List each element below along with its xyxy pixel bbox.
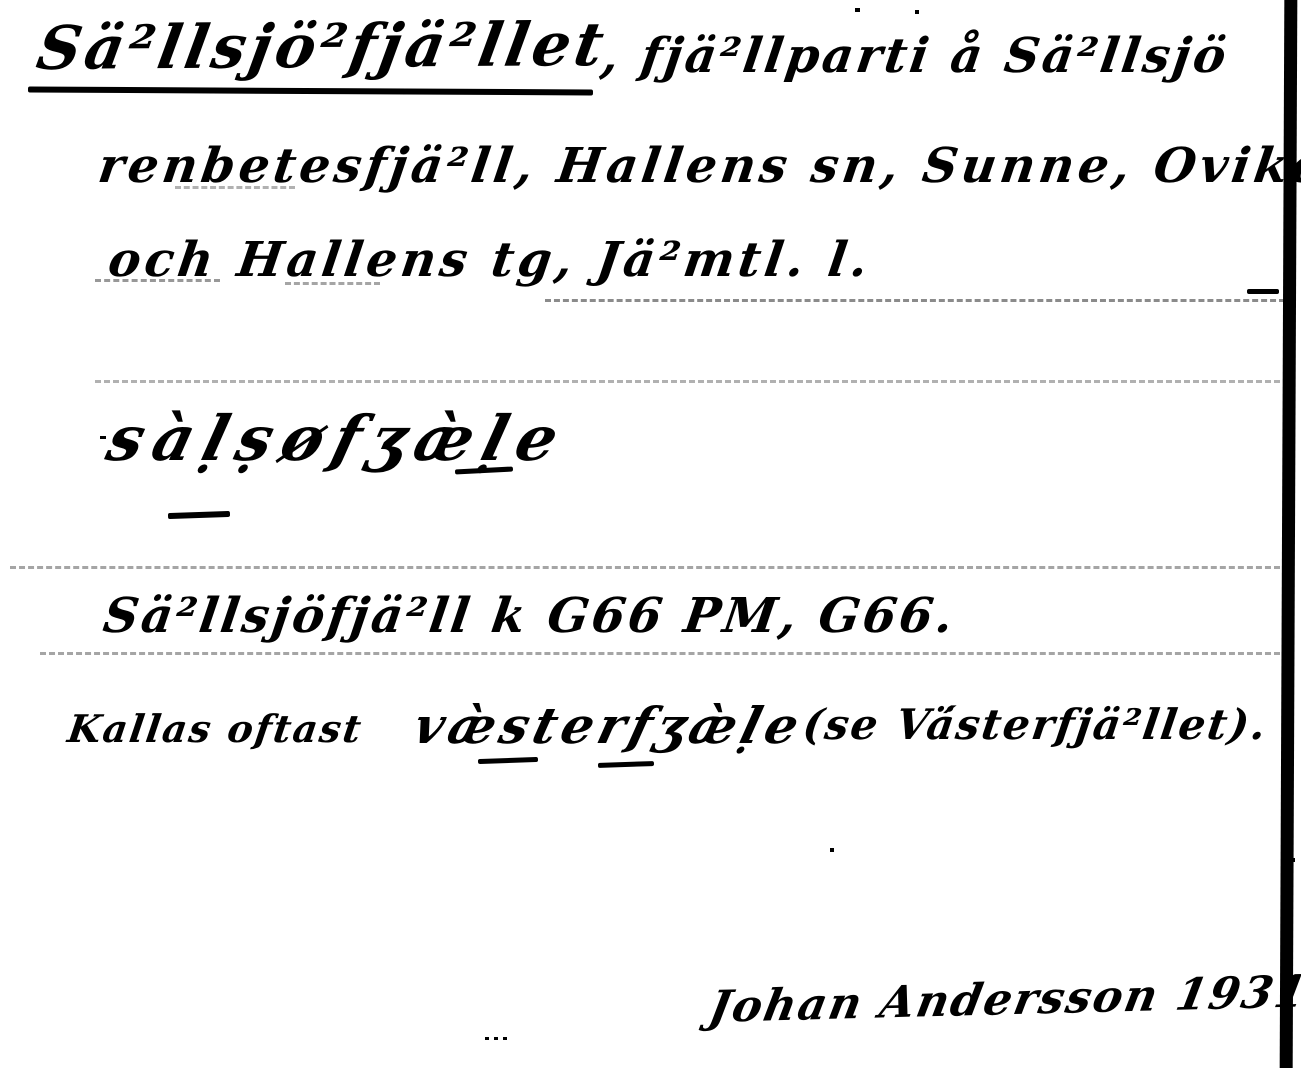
scan-noise-speck	[100, 436, 106, 439]
ruled-line	[95, 279, 220, 282]
scan-noise-speck	[830, 848, 834, 852]
ruled-line	[10, 566, 1280, 569]
headword-underline	[28, 87, 593, 96]
note-dialect-word: væ̀sterfʒæ̀ḷe	[408, 696, 810, 755]
scan-edge-dash	[1247, 289, 1279, 294]
headword: Sä²llsjö²fjä²llet	[32, 10, 613, 84]
note-pen-underline-2	[598, 761, 654, 768]
scan-noise-speck	[494, 1037, 498, 1040]
ruled-line	[95, 380, 1280, 383]
ruled-line	[545, 299, 1285, 302]
scan-noise-speck	[485, 1037, 489, 1040]
scanned-archive-card: Sä²llsjö²fjä²llet , fjä²llparti å Sä²lls…	[0, 0, 1301, 1068]
phonetic-transcription: sàḷṣøfʒæ̀ḷe	[100, 402, 576, 475]
map-reference-line: Sä²llsjöfjä²ll k G66 PM, G66.	[100, 588, 959, 644]
ruled-line	[40, 652, 1280, 655]
note-cross-reference: (se Vä́sterfjä²llet).	[800, 700, 1271, 749]
note-pen-underline-1	[478, 757, 538, 764]
description-line-3: och Hallens tg, Jä²mtl. l.	[105, 232, 875, 288]
ruled-line	[175, 186, 295, 189]
scan-noise-speck	[1290, 858, 1295, 862]
scan-noise-speck	[915, 10, 919, 14]
note-prefix: Kallas oftast	[65, 706, 366, 751]
ruled-line	[285, 282, 380, 285]
scan-noise-speck	[503, 1037, 507, 1040]
signature-and-year: Johan Andersson 1931.	[705, 966, 1301, 1033]
phonetic-pen-underline-1	[168, 511, 230, 519]
headword-description-start: , fjä²llparti å Sä²llsjö	[598, 28, 1232, 84]
scan-noise-speck	[855, 8, 860, 12]
